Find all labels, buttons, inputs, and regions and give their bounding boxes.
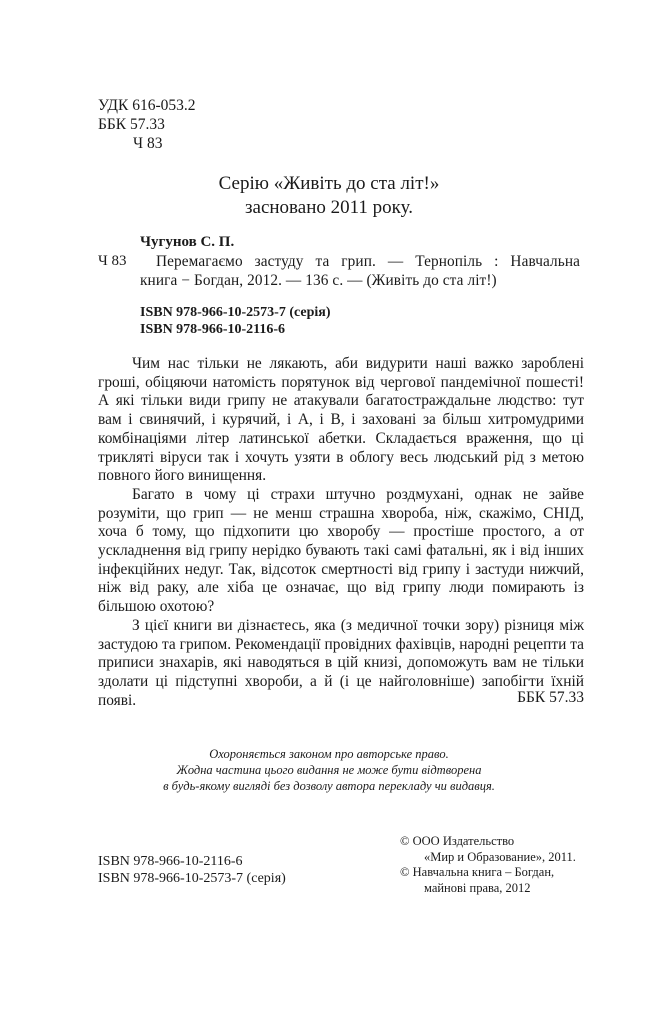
isbn-series: ISBN 978-966-10-2573-7 (серія) bbox=[140, 304, 331, 321]
annotation-bbk: ББК 57.33 bbox=[98, 689, 584, 707]
author-cipher: Ч 83 bbox=[98, 134, 195, 153]
annotation-paragraph-1: Чим нас тільки не лякають, аби видурити … bbox=[98, 355, 584, 486]
biblio-line-1: Перемагаємо застуду та грип. — Тернопіль… bbox=[140, 252, 580, 271]
record-cipher: Ч 83 bbox=[98, 253, 127, 270]
series-note: Серію «Живіть до ста літ!» засновано 201… bbox=[0, 172, 658, 220]
series-line-1: Серію «Живіть до ста літ!» bbox=[0, 172, 658, 196]
classification-block: УДК 616-053.2 ББК 57.33 Ч 83 bbox=[98, 96, 195, 153]
notice-line-3: в будь-якому вигляді без дозволу автора … bbox=[0, 778, 658, 794]
bbk-code: ББК 57.33 bbox=[98, 115, 195, 134]
footer-isbn-series: ISBN 978-966-10-2573-7 (серія) bbox=[98, 870, 286, 887]
copyright-holders: © ООО Издательство «Мир и Образование», … bbox=[400, 834, 576, 896]
bibliographic-description: Перемагаємо застуду та грип. — Тернопіль… bbox=[140, 252, 580, 290]
footer-isbn: ISBN 978-966-10-2116-6 ISBN 978-966-10-2… bbox=[98, 853, 286, 887]
annotation-paragraph-2: Багато в чому ці страхи штучно роздмухан… bbox=[98, 486, 584, 617]
notice-line-2: Жодна частина цього видання не може бути… bbox=[0, 762, 658, 778]
isbn-book: ISBN 978-966-10-2116-6 bbox=[140, 321, 331, 338]
biblio-line-2: книга − Богдан, 2012. — 136 с. — (Живіть… bbox=[140, 271, 580, 290]
copyright-1-line-2: «Мир и Образование», 2011. bbox=[400, 850, 576, 866]
series-line-2: засновано 2011 року. bbox=[0, 196, 658, 220]
author-name: Чугунов С. П. bbox=[140, 234, 234, 251]
annotation: Чим нас тільки не лякають, аби видурити … bbox=[98, 355, 584, 710]
notice-line-1: Охороняється законом про авторське право… bbox=[0, 746, 658, 762]
footer-isbn-book: ISBN 978-966-10-2116-6 bbox=[98, 853, 286, 870]
udk-code: УДК 616-053.2 bbox=[98, 96, 195, 115]
copyright-notice: Охороняється законом про авторське право… bbox=[0, 746, 658, 794]
copyright-2-line-2: майнові права, 2012 bbox=[400, 881, 576, 897]
copyright-1-line-1: © ООО Издательство bbox=[400, 834, 576, 850]
copyright-2-line-1: © Навчальна книга – Богдан, bbox=[400, 865, 576, 881]
isbn-block: ISBN 978-966-10-2573-7 (серія) ISBN 978-… bbox=[140, 304, 331, 338]
